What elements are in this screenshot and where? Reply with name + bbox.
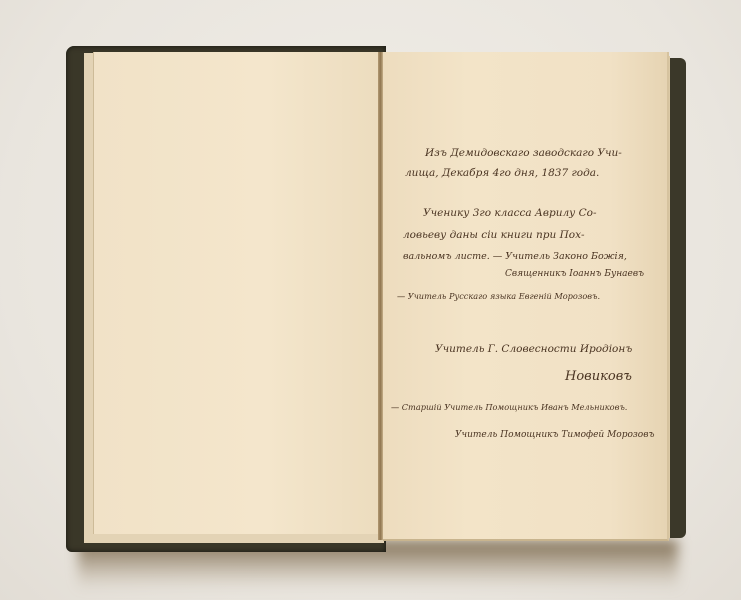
inscription-line: Ученику 3го класса Аврилу Со- — [423, 208, 597, 219]
left-page-blank — [93, 52, 380, 534]
inscription-line: Учитель Помощникъ Тимофей Морозовъ — [455, 431, 654, 440]
inscription-line: вальномъ листе. — Учитель Законо Божiя, — [403, 252, 627, 262]
inscription-line: Священникъ Iоаннъ Бунаевъ — [505, 270, 644, 279]
inscription-line: Учитель Г. Словесности Иродiонъ — [435, 344, 632, 355]
inscription-line: — Старшiй Учитель Помощникъ Иванъ Мельни… — [391, 403, 627, 411]
inscription-line: лища, Декабря 4го дня, 1837 года. — [405, 168, 599, 179]
inscription-line: ловьеву даны сiи книги при Пох- — [403, 230, 585, 241]
inscription-line: Изъ Демидовскаго заводскаго Учи- — [425, 148, 622, 159]
signature: Новиковъ — [565, 370, 632, 383]
inscription-line: — Учитель Русскаго языка Евгенiй Морозов… — [397, 292, 600, 300]
